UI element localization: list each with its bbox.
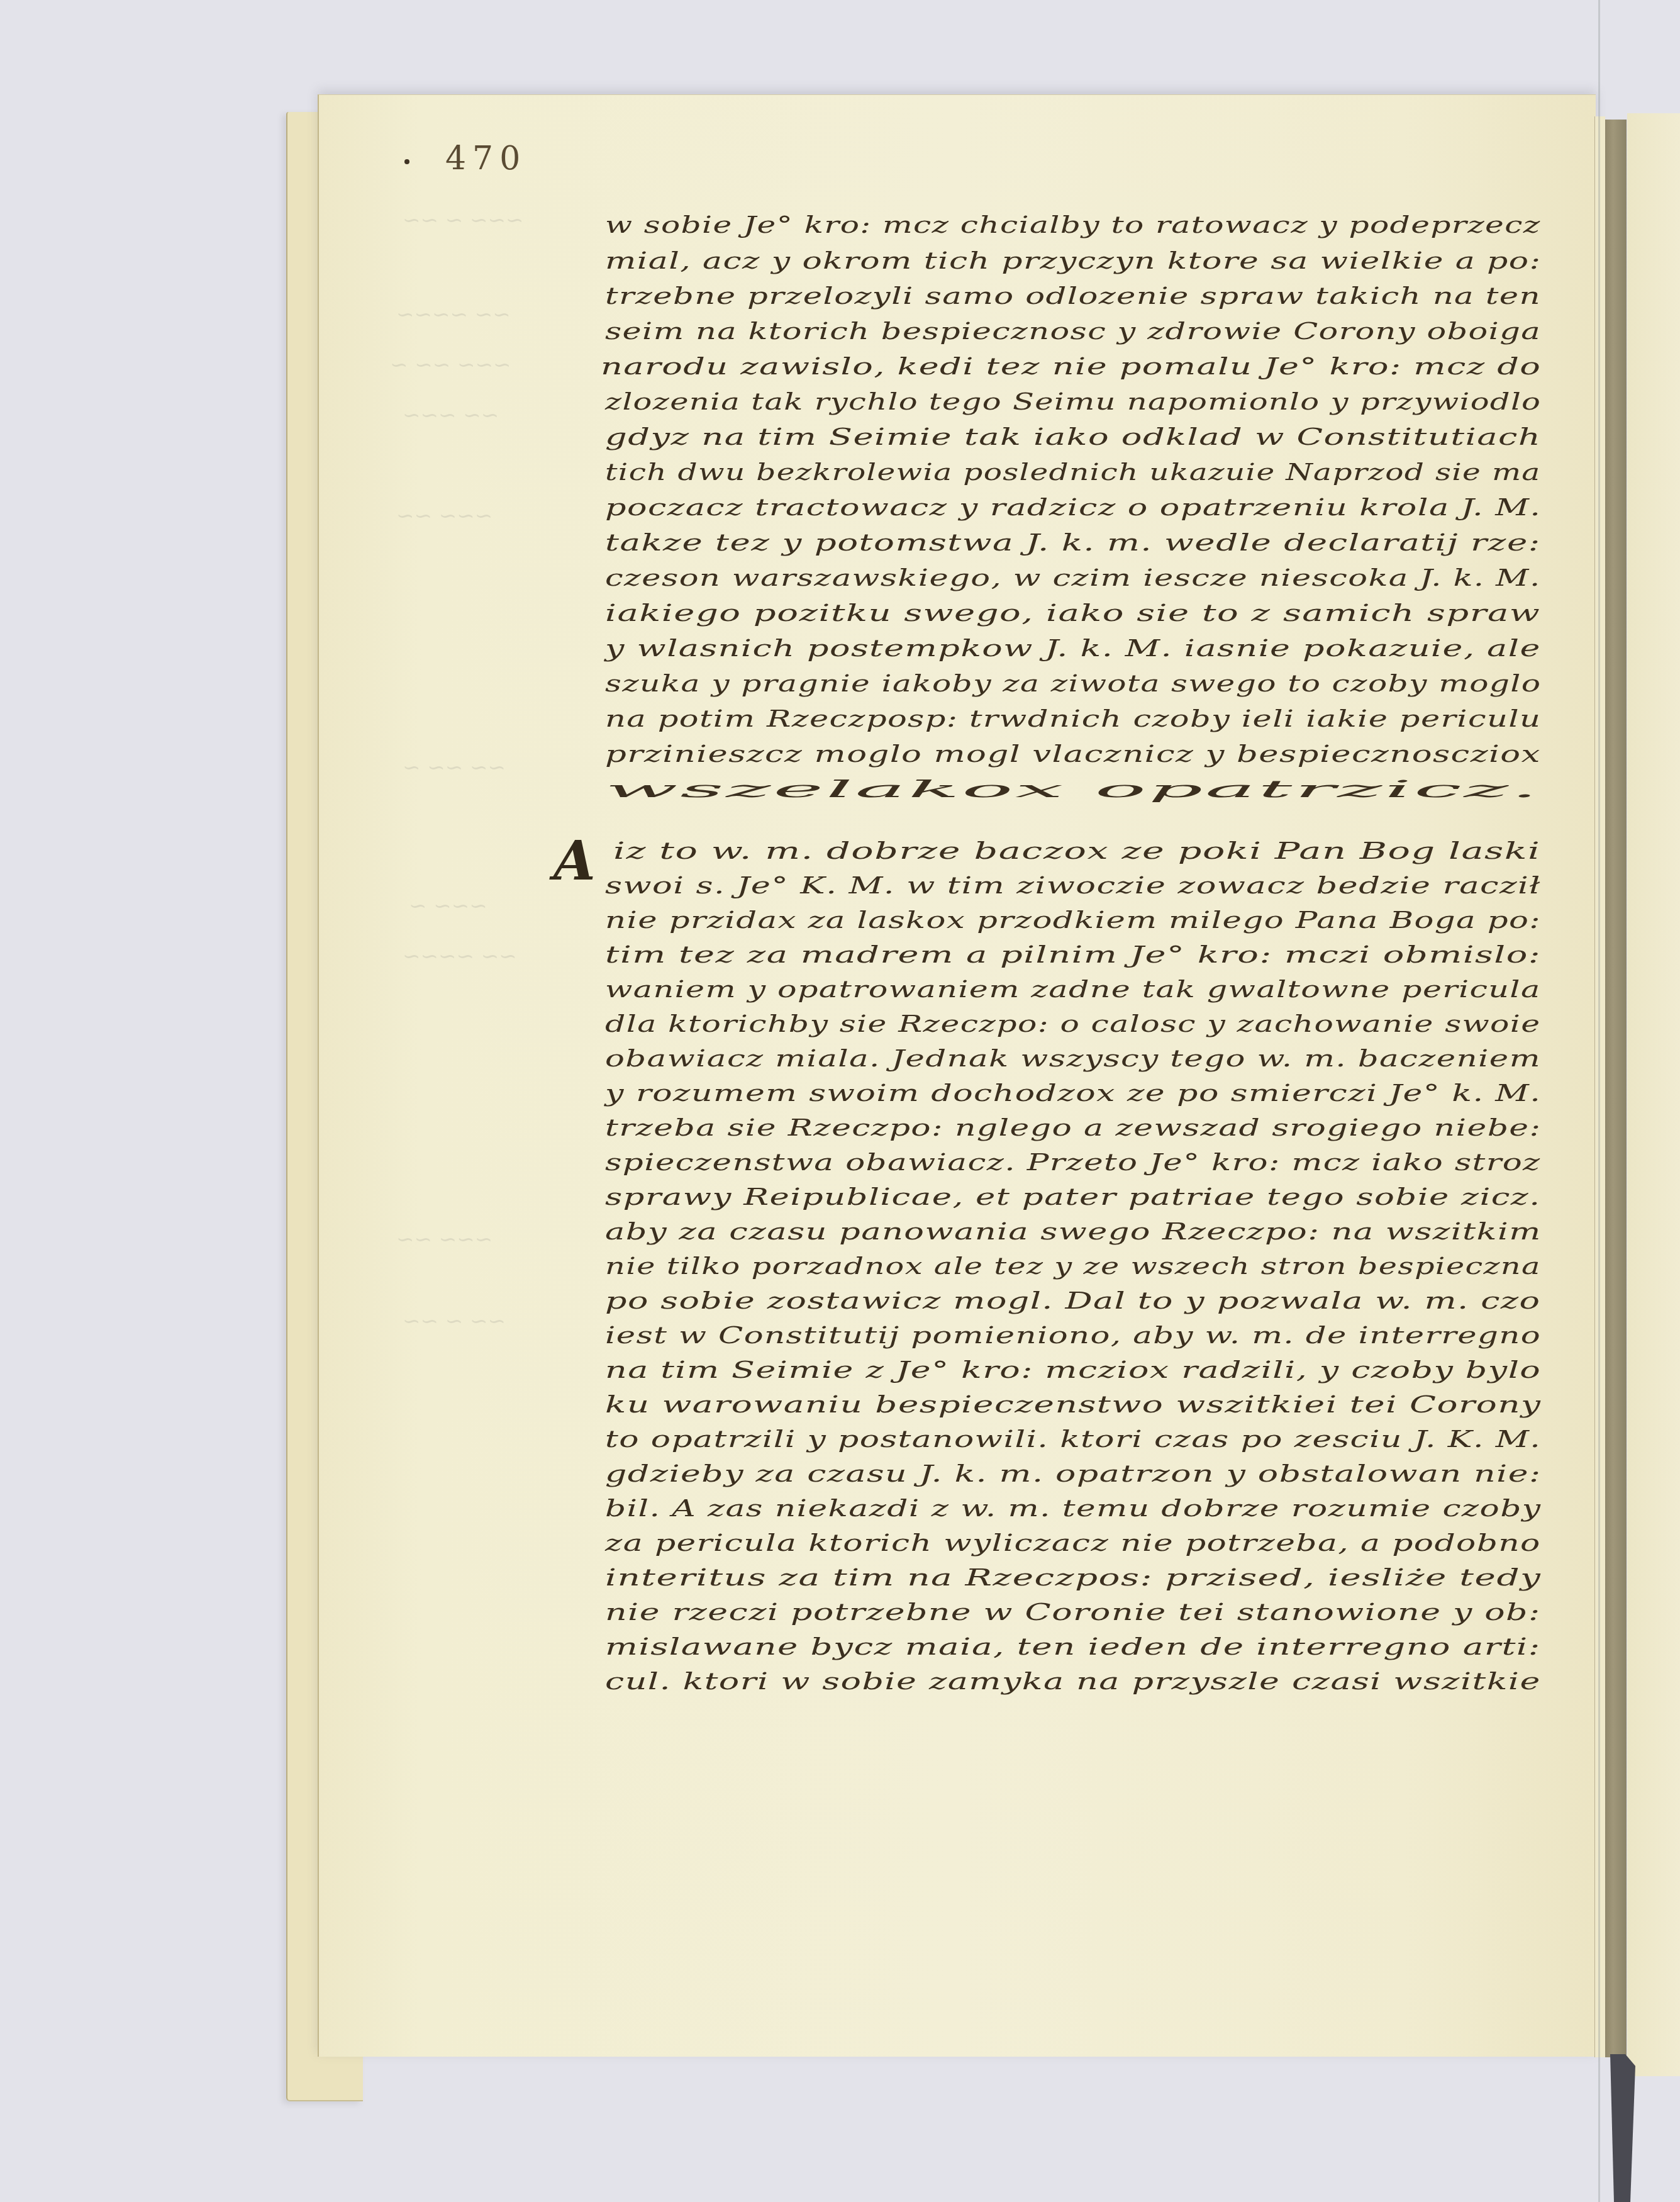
text-line: ku warowaniu bespieczenstwo wszitkiei te… <box>605 1390 1541 1418</box>
bleed-through-text: ~~~ ~ ~~ <box>403 208 524 233</box>
text-line: szuka y pragnie iakoby za ziwota swego t… <box>605 669 1541 697</box>
text-line: nie tilko porzadnox ale tez y ze wszech … <box>605 1252 1541 1280</box>
glass-plate-edge <box>1598 0 1600 2202</box>
text-line: za pericula ktorich wyliczacz nie potrze… <box>605 1529 1541 1556</box>
text-line: tich dwu bezkrolewia poslednich ukazuie … <box>605 458 1541 486</box>
bleed-through-text: ~~ ~~~~ <box>396 302 511 327</box>
text-line: gdzieby za czasu J. k. m. opatrzon y obs… <box>605 1460 1542 1487</box>
bleed-through-text: ~~ ~ ~~ <box>403 1309 506 1334</box>
text-line: iest w Constitutij pomieniono, aby w. m.… <box>605 1321 1541 1349</box>
bleed-through-text: ~~ ~~~ <box>403 403 499 428</box>
bleed-through-text: ~~~ ~ <box>409 893 487 919</box>
text-line: zlozenia tak rychlo tego Seimu napomionl… <box>605 388 1541 415</box>
ink-dot <box>404 159 409 164</box>
text-line: sprawy Reipublicae, et pater patriae teg… <box>605 1183 1540 1210</box>
text-line: w sobie Je° kro: mcz chcialby to ratowac… <box>605 211 1541 238</box>
text-line: dla ktorichby sie Rzeczpo: o calosc y za… <box>605 1010 1541 1037</box>
text-line: na tim Seimie z Je° kro: mcziox radzili,… <box>605 1356 1541 1383</box>
text-line: spieczenstwa obawiacz. Przeto Je° kro: m… <box>605 1148 1541 1176</box>
binding-gutter <box>1605 120 1627 2057</box>
text-line: seim na ktorich bespiecznosc y zdrowie C… <box>605 317 1541 345</box>
text-line: wszelakox opatrzicz. <box>605 775 1540 803</box>
text-line: y rozumem swoim dochodzox ze po smierczi… <box>605 1079 1541 1107</box>
text-line: poczacz tractowacz y radzicz o opatrzeni… <box>605 493 1541 521</box>
text-line: to opatrzili y postanowili. ktori czas p… <box>605 1425 1541 1453</box>
text-line: narodu zawislo, kedi tez nie pomalu Je° … <box>601 352 1541 380</box>
text-line: nie przidax za laskox przodkiem milego P… <box>605 906 1541 934</box>
text-line: swoi s. Je° K. M. w tim ziwoczie zowacz … <box>605 871 1541 899</box>
bleed-through-text: ~~~ ~~ <box>396 503 492 528</box>
text-line: obawiacz miala. Jednak wszyscy tego w. m… <box>605 1044 1541 1072</box>
bleed-through-text: ~~ ~~~~ <box>403 944 517 969</box>
folio-number: 470 <box>445 140 526 177</box>
text-line: czeson warszawskiego, w czim iescze nies… <box>605 564 1541 591</box>
text-line: trzebne przelozyli samo odlozenie spraw … <box>605 282 1541 310</box>
bleed-through-text: ~~~ ~~ <box>396 1227 492 1252</box>
text-line: nie rzeczi potrzebne w Coronie tei stano… <box>605 1598 1540 1626</box>
text-line: przinieszcz moglo mogl vlacznicz y bespi… <box>605 740 1541 768</box>
text-line: mislawane bycz maia, ten ieden de interr… <box>605 1633 1541 1660</box>
text-line: y wlasnich postempkow J. k. M. iasnie po… <box>605 634 1541 662</box>
text-line: cul. ktori w sobie zamyka na przyszle cz… <box>605 1667 1541 1695</box>
spine-shadow <box>1610 2054 1635 2202</box>
text-line: trzeba sie Rzeczpo: nglego a zewszad sro… <box>605 1114 1541 1141</box>
text-line: takze tez y potomstwa J. k. m. wedle dec… <box>605 528 1541 556</box>
decorated-initial: A <box>554 829 596 893</box>
bleed-through-text: ~~ ~~ ~ <box>403 755 506 780</box>
text-line: mial, acz y okrom tich przyczyn ktore sa… <box>605 247 1541 274</box>
facing-page <box>1627 113 1680 2076</box>
text-line: na potim Rzeczposp: trwdnich czoby ieli … <box>605 705 1541 732</box>
bleed-through-text: ~~~ ~~ ~ <box>390 352 511 377</box>
text-line: po sobie zostawicz mogl. Dal to y pozwal… <box>605 1287 1540 1314</box>
text-line: interitus za tim na Rzeczpos: przised, i… <box>605 1563 1541 1591</box>
text-line: tim tez za madrem a pilnim Je° kro: mczi… <box>605 941 1541 968</box>
text-line: bil. A zas niekazdi z w. m. temu dobrze … <box>605 1494 1541 1522</box>
text-line: aby za czasu panowania swego Rzeczpo: na… <box>605 1217 1542 1245</box>
text-line: iakiego pozitku swego, iako sie to z sam… <box>605 599 1540 627</box>
text-line: gdyz na tim Seimie tak iako odklad w Con… <box>605 423 1541 450</box>
text-line: waniem y opatrowaniem zadne tak gwaltown… <box>605 975 1541 1003</box>
text-line: iz to w. m. dobrze baczox ze poki Pan Bo… <box>613 837 1540 864</box>
